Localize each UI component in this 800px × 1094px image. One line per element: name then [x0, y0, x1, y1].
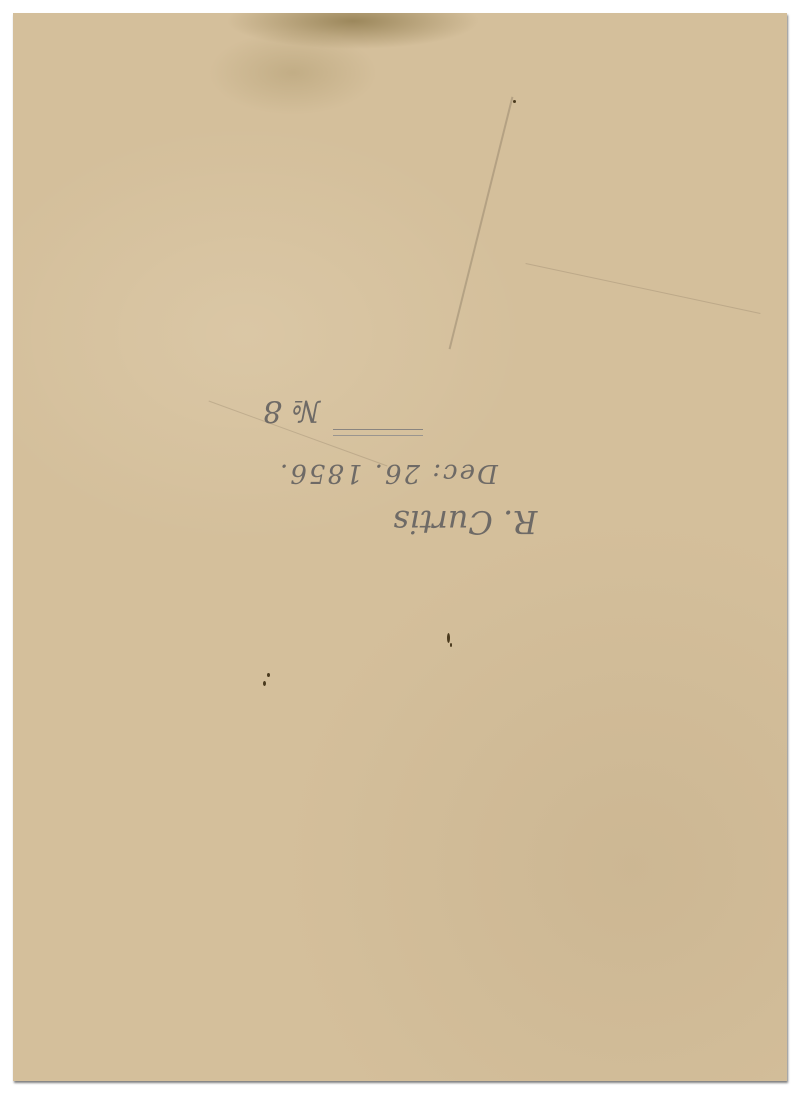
stain-speck [447, 633, 450, 643]
stain-speck [450, 643, 452, 647]
inscription-number: № 8 [263, 393, 320, 428]
stain-speck [267, 673, 270, 677]
inscription-date: Dec: 26. 1856. [278, 458, 498, 488]
inscription-signature: R. Curtis [393, 503, 537, 541]
stain-speck [513, 100, 516, 103]
stain-speck [263, 681, 266, 686]
card-verso: № 8 Dec: 26. 1856. R. Curtis [13, 13, 787, 1081]
scratch-mark [449, 97, 514, 350]
underline [333, 429, 423, 436]
scratch-mark [526, 263, 761, 314]
